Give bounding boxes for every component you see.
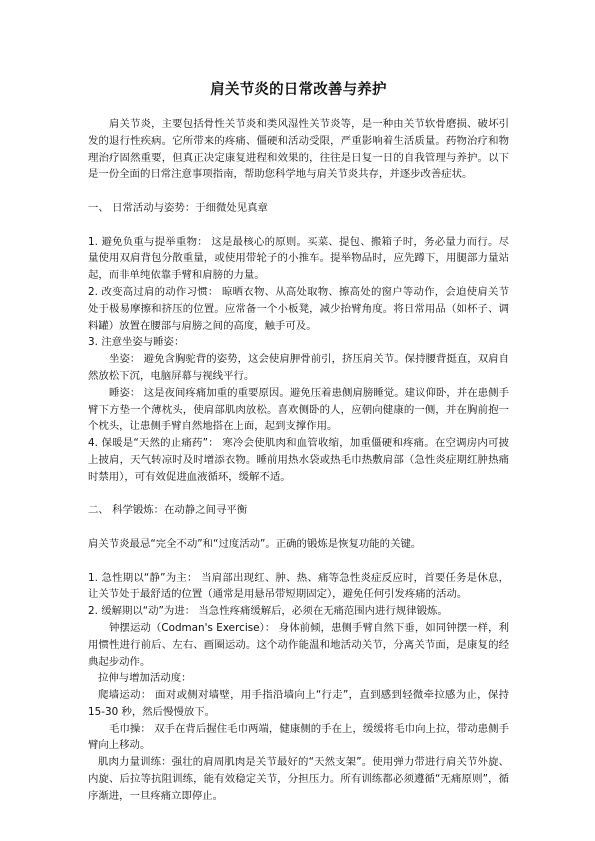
section-1-item-2: 2. 改变高过肩的动作习惯： 晾晒衣物、从高处取物、擦高处的窗户等动作，会迫使肩… xyxy=(88,284,509,334)
section-1-sleeping-posture: 睡姿： 这是夜间疼痛加重的重要原因。避免压着患侧肩膀睡觉。建议仰卧，并在患侧手臂… xyxy=(88,385,509,435)
section-1-heading: 一、 日常活动与姿势：于细微处见真章 xyxy=(88,200,509,217)
section-1-sitting-posture: 坐姿： 避免含胸驼背的姿势，这会使肩胛骨前引，挤压肩关节。保持腰背挺直，双肩自然… xyxy=(88,351,509,385)
document-body: 肩关节炎，主要包括骨性关节炎和类风湿性关节炎等，是一种由关节软骨磨损、破坏引发的… xyxy=(88,116,509,805)
section-2-towel-exercise: 毛巾操： 双手在背后握住毛巾两端，健康侧的手在上，缓缓将毛巾向上拉，带动患侧手臂… xyxy=(88,721,509,755)
document-title: 肩关节炎的日常改善与养护 xyxy=(88,78,509,99)
section-2-item-1: 1. 急性期以“静”为主： 当肩部出现红、肿、热、痛等急性炎症反应时，首要任务是… xyxy=(88,570,509,604)
intro-paragraph: 肩关节炎，主要包括骨性关节炎和类风湿性关节炎等，是一种由关节软骨磨损、破坏引发的… xyxy=(88,116,509,183)
section-1-item-4: 4. 保暖是“天然的止痛药”： 寒冷会使肌肉和血管收缩，加重僵硬和疼痛。在空调房… xyxy=(88,435,509,485)
section-2-stretching-label: 拉伸与增加活动度： xyxy=(88,670,509,687)
section-2-lead: 肩关节炎最忌“完全不动”和“过度活动”。正确的锻炼是恢复功能的关键。 xyxy=(88,536,509,553)
section-2-pendulum-exercise: 钟摆运动（Codman's Exercise）： 身体前倾，患侧手臂自然下垂，如… xyxy=(88,620,509,670)
section-1-item-1: 1. 避免负重与提举重物： 这是最核心的原则。买菜、提包、搬箱子时，务必量力而行… xyxy=(88,234,509,284)
section-2-item-2: 2. 缓解期以“动”为进： 当急性疼痛缓解后，必须在无痛范围内进行规律锻炼。 xyxy=(88,603,509,620)
section-2-strength-training: 肌肉力量训练：强壮的肩周肌肉是关节最好的“天然支架”。使用弹力带进行肩关节外旋、… xyxy=(88,754,509,804)
section-2-heading: 二、 科学锻炼：在动静之间寻平衡 xyxy=(88,502,509,519)
section-2-wall-climb: 爬墙运动： 面对或侧对墙壁，用手指沿墙向上“行走”，直到感到轻微牵拉感为止，保持… xyxy=(88,687,509,721)
section-1-item-3: 3. 注意坐姿与睡姿： xyxy=(88,334,509,351)
